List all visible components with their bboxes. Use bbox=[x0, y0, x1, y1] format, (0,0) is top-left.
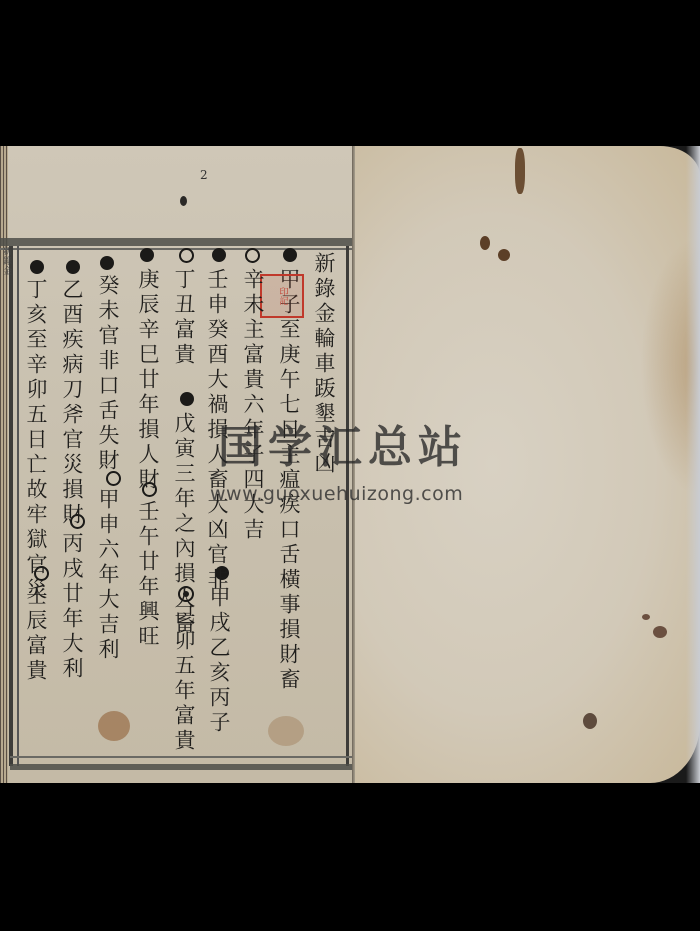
red-seal-stamp: 印記 bbox=[260, 274, 304, 318]
filled-circle-mark bbox=[212, 248, 226, 262]
frame-bottom-border bbox=[10, 764, 352, 770]
watermark-title: 国学汇总站 bbox=[218, 425, 468, 471]
filled-circle-mark bbox=[180, 392, 194, 406]
text-column: 丁亥至辛卯五日亡故牢獄官災 bbox=[24, 278, 48, 603]
filled-circle-mark bbox=[100, 256, 114, 270]
text-column: 丁丑富貴 bbox=[172, 268, 196, 368]
filled-circle-mark bbox=[140, 248, 154, 262]
open-circle-mark bbox=[70, 514, 85, 529]
watermark-url: www.guoxuehuizong.com bbox=[210, 483, 463, 505]
open-circle-mark bbox=[34, 566, 49, 581]
frame-left-rule bbox=[17, 246, 19, 766]
stain bbox=[480, 236, 490, 250]
stain bbox=[98, 711, 130, 741]
text-column: 己卯五年富貴 bbox=[172, 604, 196, 754]
text-column: 庚辰辛巳廿年損人財 bbox=[136, 268, 160, 493]
filled-circle-mark bbox=[30, 260, 44, 274]
text-column: 甲戌乙亥丙子 bbox=[207, 586, 231, 736]
double-circle-mark bbox=[178, 586, 194, 602]
background-edge bbox=[686, 146, 700, 783]
stain bbox=[642, 614, 650, 620]
open-circle-mark bbox=[245, 248, 260, 263]
filled-circle-mark bbox=[66, 260, 80, 274]
margin-tab-text: 新錄金 bbox=[0, 246, 13, 276]
frame-top-border bbox=[0, 238, 352, 246]
filled-circle-mark bbox=[283, 248, 297, 262]
open-circle-mark bbox=[106, 471, 121, 486]
open-circle-mark bbox=[142, 482, 157, 497]
open-circle-mark bbox=[179, 248, 194, 263]
frame-left-border bbox=[9, 246, 13, 766]
stain bbox=[515, 148, 525, 194]
text-column: 壬午廿年興旺 bbox=[136, 500, 160, 650]
stain bbox=[268, 716, 304, 746]
frame-right-border bbox=[346, 246, 349, 766]
page-number: 2 bbox=[200, 168, 208, 182]
text-column: 乙酉疾病刀斧官災損財 bbox=[60, 278, 84, 528]
text-column: 甲子至庚午七日主瘟疾口舌橫事損財畜 bbox=[277, 268, 301, 693]
stain bbox=[498, 249, 510, 261]
text-column: 壬辰富貴 bbox=[24, 584, 48, 684]
text-column: 癸未官非口舌失財 bbox=[96, 274, 120, 474]
text-column: 丙戌廿年大利 bbox=[60, 532, 84, 682]
stain bbox=[583, 713, 597, 729]
ink-spot bbox=[180, 196, 187, 206]
frame-bottom-rule bbox=[10, 756, 352, 758]
text-column: 甲申六年大吉利 bbox=[96, 488, 120, 663]
frame-top-rule bbox=[0, 248, 352, 250]
stain bbox=[653, 626, 667, 638]
